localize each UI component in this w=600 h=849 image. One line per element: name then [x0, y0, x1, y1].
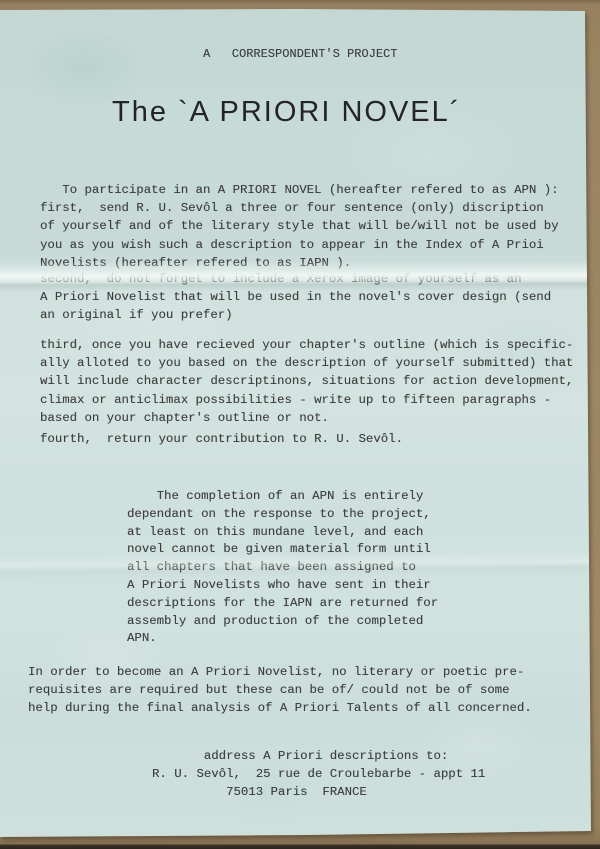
paragraph-completion: The completion of an APN is entirely dep…: [127, 488, 438, 648]
paragraph-third: third, once you have recieved your chapt…: [40, 336, 573, 427]
address-block: address A Priori descriptions to: R. U. …: [152, 747, 485, 801]
paragraph-second: second, do not forget to include a Xerox…: [40, 270, 551, 325]
paragraph-requirements: In order to become an A Priori Novelist,…: [28, 663, 532, 718]
paper-shadow: A CORRESPONDENT'S PROJECT The `A PRIORI …: [0, 0, 600, 849]
page-title: The `A PRIORI NOVEL´: [112, 96, 461, 129]
paper-sheet: A CORRESPONDENT'S PROJECT The `A PRIORI …: [0, 0, 600, 849]
paragraph-intro-first: To participate in an A PRIORI NOVEL (her…: [40, 181, 559, 272]
project-header: A CORRESPONDENT'S PROJECT: [203, 45, 397, 63]
photographed-document: A CORRESPONDENT'S PROJECT The `A PRIORI …: [0, 0, 600, 849]
paragraph-fourth: fourth, return your contribution to R. U…: [40, 430, 403, 448]
